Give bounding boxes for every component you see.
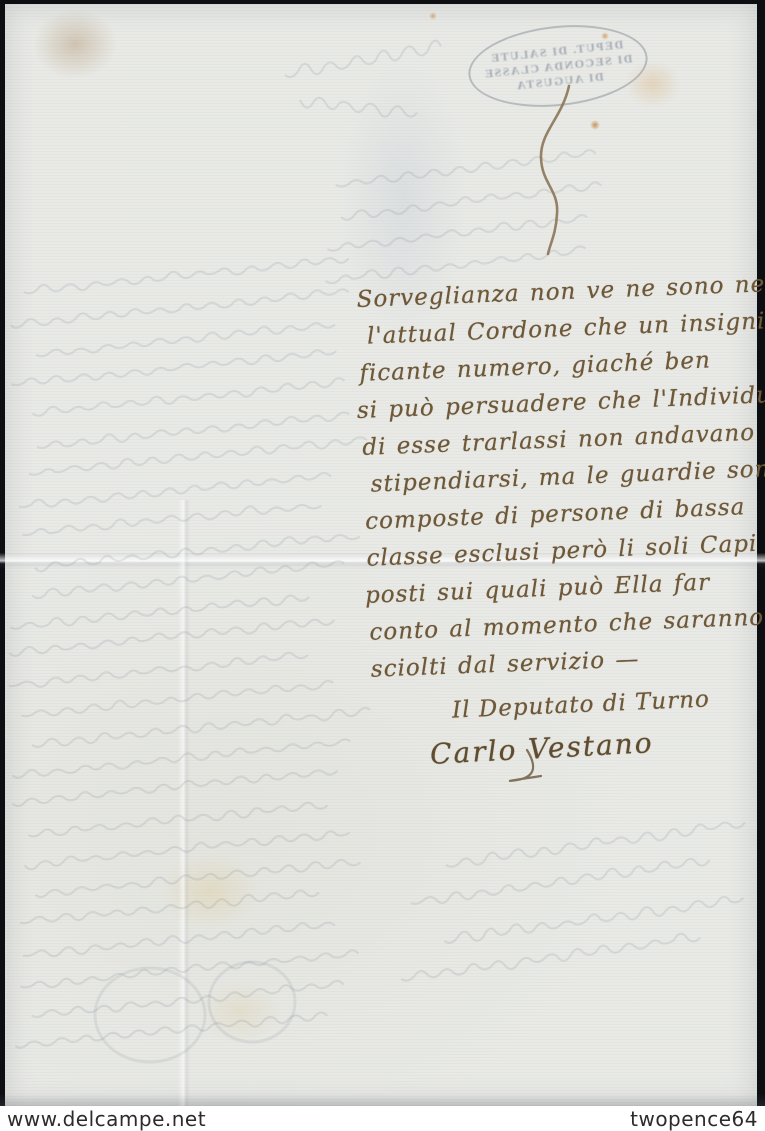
paper-edge-shadow xyxy=(0,1094,765,1106)
watermark-twopence64: twopence64 xyxy=(630,1107,758,1131)
letter-body-text: Sorveglianza non ve ne sono nel l'attual… xyxy=(356,266,765,689)
watermark-delcampe: www.delcampe.net xyxy=(7,1107,206,1131)
watermark-strip: www.delcampe.net twopence64 xyxy=(0,1106,765,1131)
scanned-letter-photo: DEPUT. DI SALUTE DI SECONDA CLASSE DI AU… xyxy=(0,0,765,1131)
vertical-fold-crease xyxy=(178,500,190,1106)
